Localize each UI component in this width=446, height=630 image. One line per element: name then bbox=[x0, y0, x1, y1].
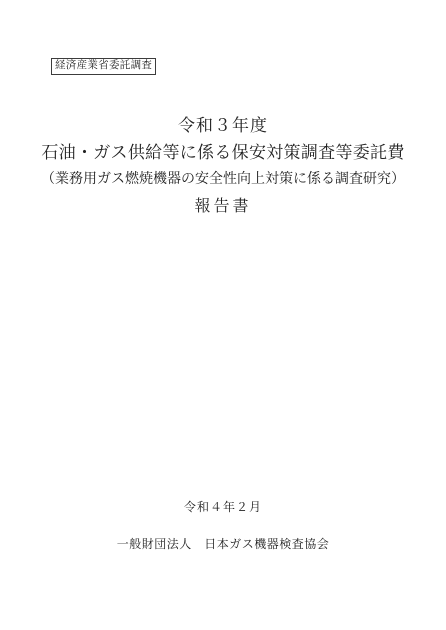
commission-label-box: 経済産業省委託調査 bbox=[51, 58, 156, 75]
title-fiscal-year: 令和３年度 bbox=[0, 112, 446, 139]
title-subtitle: （業務用ガス燃焼機器の安全性向上対策に係る調査研究） bbox=[0, 166, 446, 193]
title-report-label: 報告書 bbox=[0, 193, 446, 220]
title-main: 石油・ガス供給等に係る保安対策調査等委託費 bbox=[0, 139, 446, 166]
title-block: 令和３年度 石油・ガス供給等に係る保安対策調査等委託費 （業務用ガス燃焼機器の安… bbox=[0, 112, 446, 220]
organization-name: 一般財団法人 日本ガス機器検査協会 bbox=[0, 537, 446, 552]
publication-date: 令和４年２月 bbox=[0, 500, 446, 515]
report-cover-page: 経済産業省委託調査 令和３年度 石油・ガス供給等に係る保安対策調査等委託費 （業… bbox=[0, 0, 446, 630]
